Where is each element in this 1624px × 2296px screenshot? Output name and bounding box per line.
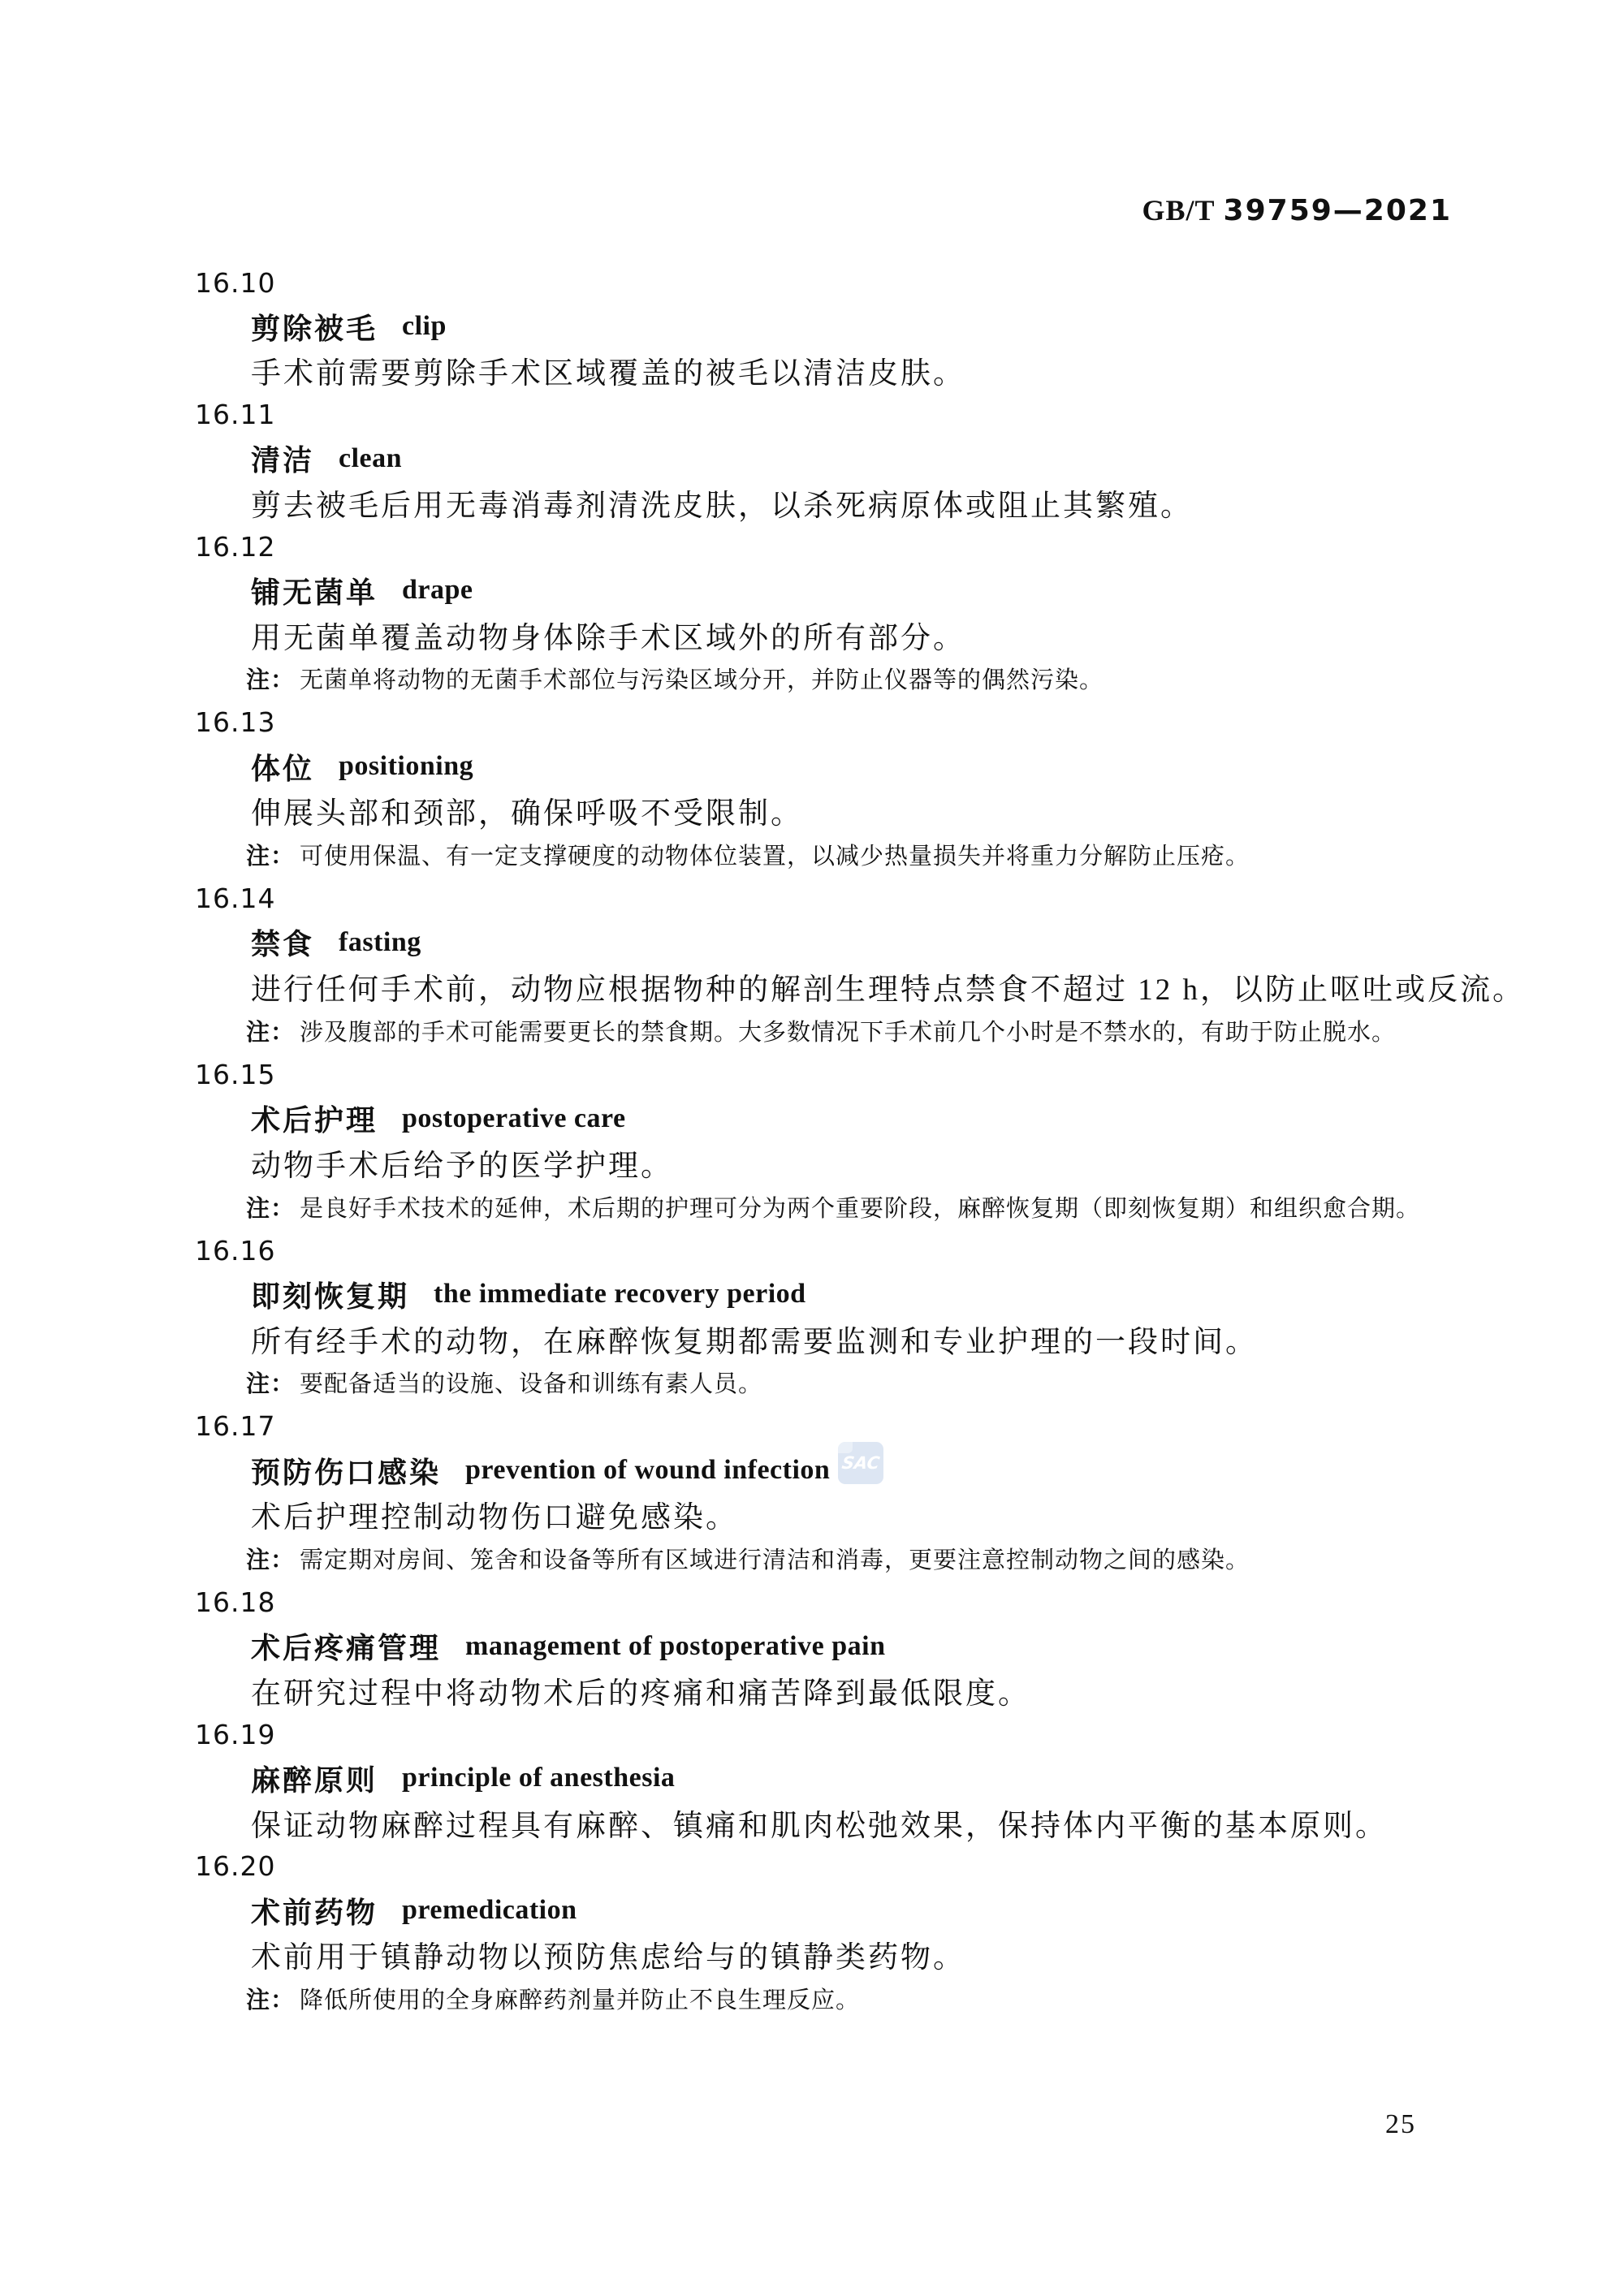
term-line: 术前药物 premedication <box>0 1888 1624 1932</box>
term-section: 16.16 即刻恢复期 the immediate recovery perio… <box>0 1228 1624 1405</box>
note-label: 注： <box>246 1190 295 1224</box>
term-line: 体位 positioning <box>0 744 1624 788</box>
term-line: 麻醉原则 principle of anesthesia <box>0 1756 1624 1800</box>
term-english: positioning <box>339 751 473 782</box>
term-chinese: 麻醉原则 <box>251 1758 378 1799</box>
note-label: 注： <box>246 1366 295 1399</box>
note-text: 需定期对房间、笼舍和设备等所有区域进行清洁和消毒，更要注意控制动物之间的感染。 <box>300 1542 1250 1575</box>
section-number: 16.12 <box>0 524 1624 568</box>
term-chinese: 剪除被毛 <box>251 306 378 347</box>
note-text: 无菌单将动物的无菌手术部位与污染区域分开，并防止仪器等的偶然污染。 <box>300 662 1104 695</box>
term-line: 剪除被毛 clip <box>0 304 1624 348</box>
term-definition: 动物手术后给予的医学护理。 <box>0 1141 1624 1185</box>
term-chinese: 术后护理 <box>251 1098 378 1139</box>
term-definition: 用无菌单覆盖动物身体除手术区域外的所有部分。 <box>0 613 1624 657</box>
term-section: 16.20 术前药物 premedication 术前用于镇静动物以预防焦虑给与… <box>0 1845 1624 2021</box>
section-number: 16.10 <box>0 261 1624 304</box>
note-label: 注： <box>246 838 295 871</box>
term-english: prevention of wound infection <box>465 1455 830 1486</box>
term-line: 术后疼痛管理 management of postoperative pain <box>0 1625 1624 1668</box>
term-chinese: 术后疼痛管理 <box>251 1625 441 1667</box>
term-definition: 手术前需要剪除手术区域覆盖的被毛以清洁皮肤。 <box>0 348 1624 392</box>
document-page: GB/T39759—2021 SAC 16.10 剪除被毛 clip 手术前需要… <box>0 0 1624 2296</box>
term-definition: 术前用于镇静动物以预防焦虑给与的镇静类药物。 <box>0 1932 1624 1976</box>
term-section: 16.11 清洁 clean 剪去被毛后用无毒消毒剂清洗皮肤，以杀死病原体或阻止… <box>0 393 1624 525</box>
term-english: management of postoperative pain <box>465 1631 885 1662</box>
note-label: 注： <box>246 1982 295 2015</box>
term-section: 16.17 预防伤口感染 prevention of wound infecti… <box>0 1405 1624 1581</box>
term-chinese: 禁食 <box>251 921 314 963</box>
term-chinese: 体位 <box>251 746 314 788</box>
term-definition: 术后护理控制动物伤口避免感染。 <box>0 1492 1624 1536</box>
note-label: 注： <box>246 662 295 695</box>
term-section: 16.13 体位 positioning 伸展头部和颈部，确保呼吸不受限制。 注… <box>0 701 1624 877</box>
term-english: clip <box>402 311 447 342</box>
term-note: 注： 降低所使用的全身麻醉药剂量并防止不良生理反应。 <box>0 1976 1624 2020</box>
term-chinese: 术前药物 <box>251 1890 378 1931</box>
section-number: 16.18 <box>0 1581 1624 1625</box>
term-note: 注： 是良好手术技术的延伸，术后期的护理可分为两个重要阶段，麻醉恢复期（即刻恢复… <box>0 1185 1624 1228</box>
term-definition: 保证动物麻醉过程具有麻醉、镇痛和肌肉松弛效果，保持体内平衡的基本原则。 <box>0 1801 1624 1845</box>
term-section: 16.12 铺无菌单 drape 用无菌单覆盖动物身体除手术区域外的所有部分。 … <box>0 524 1624 701</box>
note-text: 是良好手术技术的延伸，术后期的护理可分为两个重要阶段，麻醉恢复期（即刻恢复期）和… <box>300 1190 1420 1224</box>
term-section: 16.15 术后护理 postoperative care 动物手术后给予的医学… <box>0 1052 1624 1228</box>
section-number: 16.15 <box>0 1052 1624 1096</box>
note-text: 要配备适当的设施、设备和训练有素人员。 <box>300 1366 762 1399</box>
term-section: 16.14 禁食 fasting 进行任何手术前，动物应根据物种的解剖生理特点禁… <box>0 877 1624 1053</box>
terms-list: 16.10 剪除被毛 clip 手术前需要剪除手术区域覆盖的被毛以清洁皮肤。 1… <box>0 261 1624 2021</box>
note-text: 涉及腹部的手术可能需要更长的禁食期。大多数情况下手术前几个小时是不禁水的，有助于… <box>300 1014 1396 1047</box>
section-number: 16.20 <box>0 1845 1624 1888</box>
section-number: 16.19 <box>0 1712 1624 1756</box>
standard-code-prefix: GB/T <box>1142 194 1216 227</box>
note-label: 注： <box>246 1014 295 1047</box>
term-chinese: 清洁 <box>251 438 314 479</box>
term-definition: 所有经手术的动物，在麻醉恢复期都需要监测和专业护理的一段时间。 <box>0 1317 1624 1361</box>
term-note: 注： 可使用保温、有一定支撑硬度的动物体位装置，以减少热量损失并将重力分解防止压… <box>0 832 1624 876</box>
section-number: 16.16 <box>0 1228 1624 1272</box>
term-definition: 剪去被毛后用无毒消毒剂清洗皮肤，以杀死病原体或阻止其繁殖。 <box>0 481 1624 524</box>
section-number: 16.13 <box>0 701 1624 744</box>
term-line: 禁食 fasting <box>0 921 1624 965</box>
term-english: clean <box>339 443 402 474</box>
section-number: 16.11 <box>0 393 1624 437</box>
term-chinese: 预防伤口感染 <box>251 1450 441 1491</box>
term-english: the immediate recovery period <box>434 1279 806 1310</box>
term-line: 铺无菌单 drape <box>0 568 1624 612</box>
standard-code: GB/T39759—2021 <box>1142 193 1452 227</box>
term-note: 注： 涉及腹部的手术可能需要更长的禁食期。大多数情况下手术前几个小时是不禁水的，… <box>0 1008 1624 1052</box>
term-english: fasting <box>339 927 421 958</box>
term-english: drape <box>402 575 473 606</box>
term-english: postoperative care <box>402 1103 626 1134</box>
term-note: 注： 需定期对房间、笼舍和设备等所有区域进行清洁和消毒，更要注意控制动物之间的感… <box>0 1536 1624 1580</box>
section-number: 16.17 <box>0 1405 1624 1448</box>
term-line: 即刻恢复期 the immediate recovery period <box>0 1272 1624 1316</box>
term-english: premedication <box>402 1895 577 1926</box>
term-section: 16.18 术后疼痛管理 management of postoperative… <box>0 1581 1624 1713</box>
standard-code-number: 39759—2021 <box>1224 194 1452 227</box>
term-note: 注： 要配备适当的设施、设备和训练有素人员。 <box>0 1361 1624 1405</box>
term-definition: 在研究过程中将动物术后的疼痛和痛苦降到最低限度。 <box>0 1668 1624 1712</box>
term-line: 术后护理 postoperative care <box>0 1097 1624 1141</box>
section-number: 16.14 <box>0 877 1624 921</box>
term-line: 清洁 clean <box>0 437 1624 481</box>
term-chinese: 铺无菌单 <box>251 570 378 611</box>
page-number: 25 <box>1385 2109 1416 2140</box>
term-definition: 进行任何手术前，动物应根据物种的解剖生理特点禁食不超过 12 h，以防止呕吐或反… <box>0 965 1624 1008</box>
term-english: principle of anesthesia <box>402 1763 675 1793</box>
term-section: 16.19 麻醉原则 principle of anesthesia 保证动物麻… <box>0 1712 1624 1845</box>
term-chinese: 即刻恢复期 <box>251 1274 409 1315</box>
term-note: 注： 无菌单将动物的无菌手术部位与污染区域分开，并防止仪器等的偶然污染。 <box>0 657 1624 701</box>
term-definition: 伸展头部和颈部，确保呼吸不受限制。 <box>0 788 1624 832</box>
term-section: 16.10 剪除被毛 clip 手术前需要剪除手术区域覆盖的被毛以清洁皮肤。 <box>0 261 1624 393</box>
note-label: 注： <box>246 1542 295 1575</box>
term-line: 预防伤口感染 prevention of wound infection <box>0 1448 1624 1492</box>
note-text: 可使用保温、有一定支撑硬度的动物体位装置，以减少热量损失并将重力分解防止压疮。 <box>300 838 1250 871</box>
note-text: 降低所使用的全身麻醉药剂量并防止不良生理反应。 <box>300 1982 860 2015</box>
